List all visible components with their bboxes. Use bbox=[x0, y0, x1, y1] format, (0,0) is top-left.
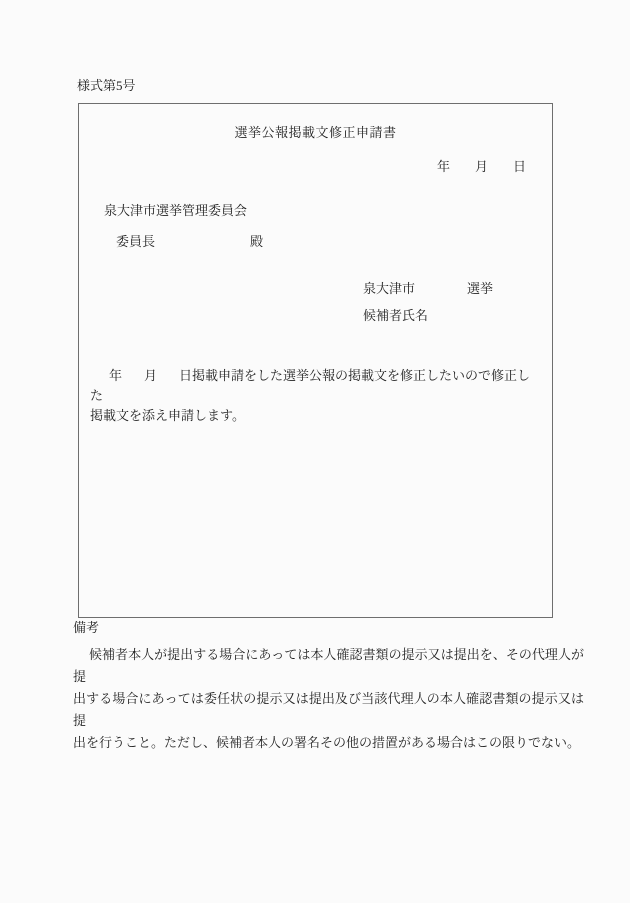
remarks-heading: 備考 bbox=[73, 618, 584, 638]
date-line: 年 月 日 bbox=[437, 156, 526, 175]
statement-line-1: 年月日掲載申請をした選挙公報の掲載文を修正したいので修正した bbox=[90, 366, 542, 406]
document-page: 様式第5号 選挙公報掲載文修正申請書 年 月 日 泉大津市選挙管理委員会 委員長… bbox=[0, 0, 630, 903]
form-number-label: 様式第5号 bbox=[77, 75, 136, 94]
remarks-section: 備考 候補者本人が提出する場合にあっては本人確認書類の提示又は提出を、その代理人… bbox=[73, 618, 584, 754]
date-year-label: 年 bbox=[437, 156, 450, 175]
chairman-label: 委員長 bbox=[116, 234, 155, 249]
date-month-label: 月 bbox=[475, 156, 488, 175]
remarks-line: 出する場合にあっては委任状の提示又は提出及び当該代理人の本人確認書類の提示又は提 bbox=[73, 688, 584, 732]
remarks-line: 候補者本人が提出する場合にあっては本人確認書類の提示又は提出を、その代理人が提 bbox=[73, 644, 584, 688]
candidate-name-label: 候補者氏名 bbox=[363, 305, 428, 324]
statement-line-2: 掲載文を添え申請します。 bbox=[90, 406, 542, 426]
remarks-line: 出を行うこと。ただし、候補者本人の署名その他の措置がある場合はこの限りでない。 bbox=[73, 732, 584, 754]
addressee-label: 泉大津市選挙管理委員会 bbox=[104, 200, 247, 219]
form-box: 選挙公報掲載文修正申請書 年 月 日 泉大津市選挙管理委員会 委員長殿 泉大津市… bbox=[78, 103, 553, 618]
city-label: 泉大津市 bbox=[363, 281, 415, 296]
statement-month-label: 月 bbox=[144, 368, 157, 383]
statement-paragraph: 年月日掲載申請をした選挙公報の掲載文を修正したいので修正した 掲載文を添え申請し… bbox=[90, 366, 542, 426]
statement-year-label: 年 bbox=[109, 368, 122, 383]
election-line: 泉大津市選挙 bbox=[363, 278, 493, 297]
honorific-label: 殿 bbox=[250, 234, 263, 249]
chairman-line: 委員長殿 bbox=[116, 231, 263, 250]
date-day-label: 日 bbox=[513, 156, 526, 175]
form-title: 選挙公報掲載文修正申請書 bbox=[79, 122, 552, 141]
election-suffix-label: 選挙 bbox=[467, 281, 493, 296]
